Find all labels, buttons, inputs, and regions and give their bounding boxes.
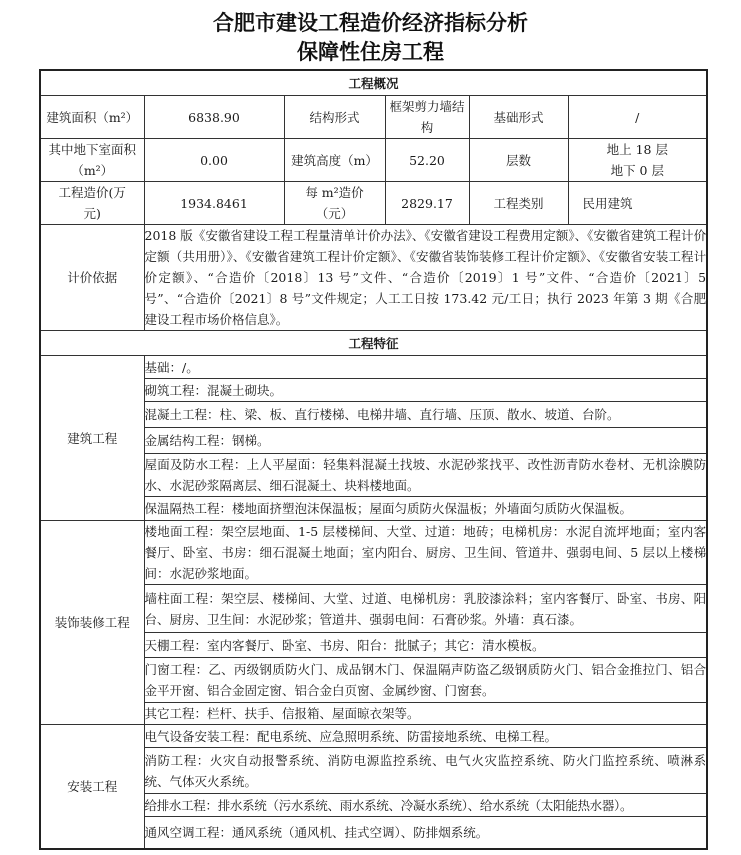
section-title-overview: 工程概况 [40,70,707,96]
section-title-features: 工程特征 [40,331,707,356]
overview-row: 其中地下室面积（m²） 0.00 建筑高度（m） 52.20 层数 地上 18 … [40,139,707,182]
value-unit-cost: 2829.17 [385,182,469,225]
feature-item: 给排水工程：排水系统（污水系统、雨水系统、冷凝水系统）、给水系统（太阳能热水器）… [144,794,707,817]
label-basement-area: 其中地下室面积（m²） [40,139,144,182]
feature-item: 混凝土工程：柱、梁、板、直行楼梯、电梯井墙、直行墙、压顶、散水、坡道、台阶。 [144,402,707,428]
feature-row: 装饰装修工程 楼地面工程：架空层地面、1-5 层楼梯间、大堂、过道：地砖；电梯机… [40,521,707,585]
cost-index-table: 工程概况 建筑面积（m²） 6838.90 结构形式 框架剪力墙结构 基础形式 … [39,69,708,850]
feature-item: 天棚工程：室内客餐厅、卧室、书房、阳台：批腻子；其它：清水模板。 [144,633,707,658]
feature-item: 门窗工程：乙、丙级钢质防火门、成品钢木门、保温隔声防盗乙级钢质防火门、铝合金推拉… [144,658,707,703]
feature-item: 其它工程：栏杆、扶手、信报箱、屋面晾衣架等。 [144,703,707,725]
label-building-area: 建筑面积（m²） [40,96,144,139]
pricing-basis-row: 计价依据 2018 版《安徽省建设工程工程量清单计价办法》、《安徽省建设工程费用… [40,225,707,331]
feature-item: 屋面及防水工程：上人平屋面：轻集料混凝土找坡、水泥砂浆找平、改性沥青防水卷材、无… [144,454,707,497]
feature-item: 金属结构工程：钢梯。 [144,428,707,454]
value-building-height: 52.20 [385,139,469,182]
label-pricing-basis: 计价依据 [40,225,144,331]
pricing-basis-text: 2018 版《安徽省建设工程工程量清单计价办法》、《安徽省建设工程费用定额》、《… [144,225,707,331]
feature-item: 电气设备安装工程：配电系统、应急照明系统、防雷接地系统、电梯工程。 [144,725,707,748]
feature-item: 通风空调工程：通风系统（通风机、挂式空调）、防排烟系统。 [144,817,707,849]
feature-item: 基础：/。 [144,356,707,379]
label-project-category: 工程类别 [469,182,568,225]
document-subtitle: 保障性住房工程 [0,36,741,66]
feature-item: 保温隔热工程：楼地面挤塑泡沫保温板；屋面匀质防火保温板；外墙面匀质防火保温板。 [144,497,707,521]
value-project-category: 民用建筑 [568,182,707,225]
value-basement-area: 0.00 [144,139,284,182]
value-project-cost: 1934.8461 [144,182,284,225]
label-project-cost: 工程造价(万元) [40,182,144,225]
value-structure-type: 框架剪力墙结构 [385,96,469,139]
label-unit-cost: 每 m²造价（元） [284,182,385,225]
value-building-area: 6838.90 [144,96,284,139]
feature-item: 消防工程：火灾自动报警系统、消防电源监控系统、电气火灾监控系统、防火门监控系统、… [144,748,707,794]
feature-row: 安装工程 电气设备安装工程：配电系统、应急照明系统、防雷接地系统、电梯工程。 [40,725,707,748]
features-header-row: 工程特征 [40,331,707,356]
feature-item: 砌筑工程：混凝土砌块。 [144,379,707,402]
floors-above-ground: 地上 18 层 [569,139,707,160]
label-floors: 层数 [469,139,568,182]
group-label-architecture: 建筑工程 [40,356,144,521]
label-building-height: 建筑高度（m） [284,139,385,182]
feature-item: 楼地面工程：架空层地面、1-5 层楼梯间、大堂、过道：地砖；电梯机房：水泥自流坪… [144,521,707,585]
group-label-decoration: 装饰装修工程 [40,521,144,725]
value-foundation-type: / [568,96,707,139]
label-foundation-type: 基础形式 [469,96,568,139]
group-label-installation: 安装工程 [40,725,144,849]
label-structure-type: 结构形式 [284,96,385,139]
overview-row: 建筑面积（m²） 6838.90 结构形式 框架剪力墙结构 基础形式 / [40,96,707,139]
overview-header-row: 工程概况 [40,70,707,96]
floors-below-ground: 地下 0 层 [569,160,707,181]
feature-row: 建筑工程 基础：/。 [40,356,707,379]
value-floors: 地上 18 层 地下 0 层 [568,139,707,182]
document-title: 合肥市建设工程造价经济指标分析 [0,7,741,37]
feature-item: 墙柱面工程：架空层、楼梯间、大堂、过道、电梯机房：乳胶漆涂料；室内客餐厅、卧室、… [144,585,707,633]
overview-row: 工程造价(万元) 1934.8461 每 m²造价（元） 2829.17 工程类… [40,182,707,225]
